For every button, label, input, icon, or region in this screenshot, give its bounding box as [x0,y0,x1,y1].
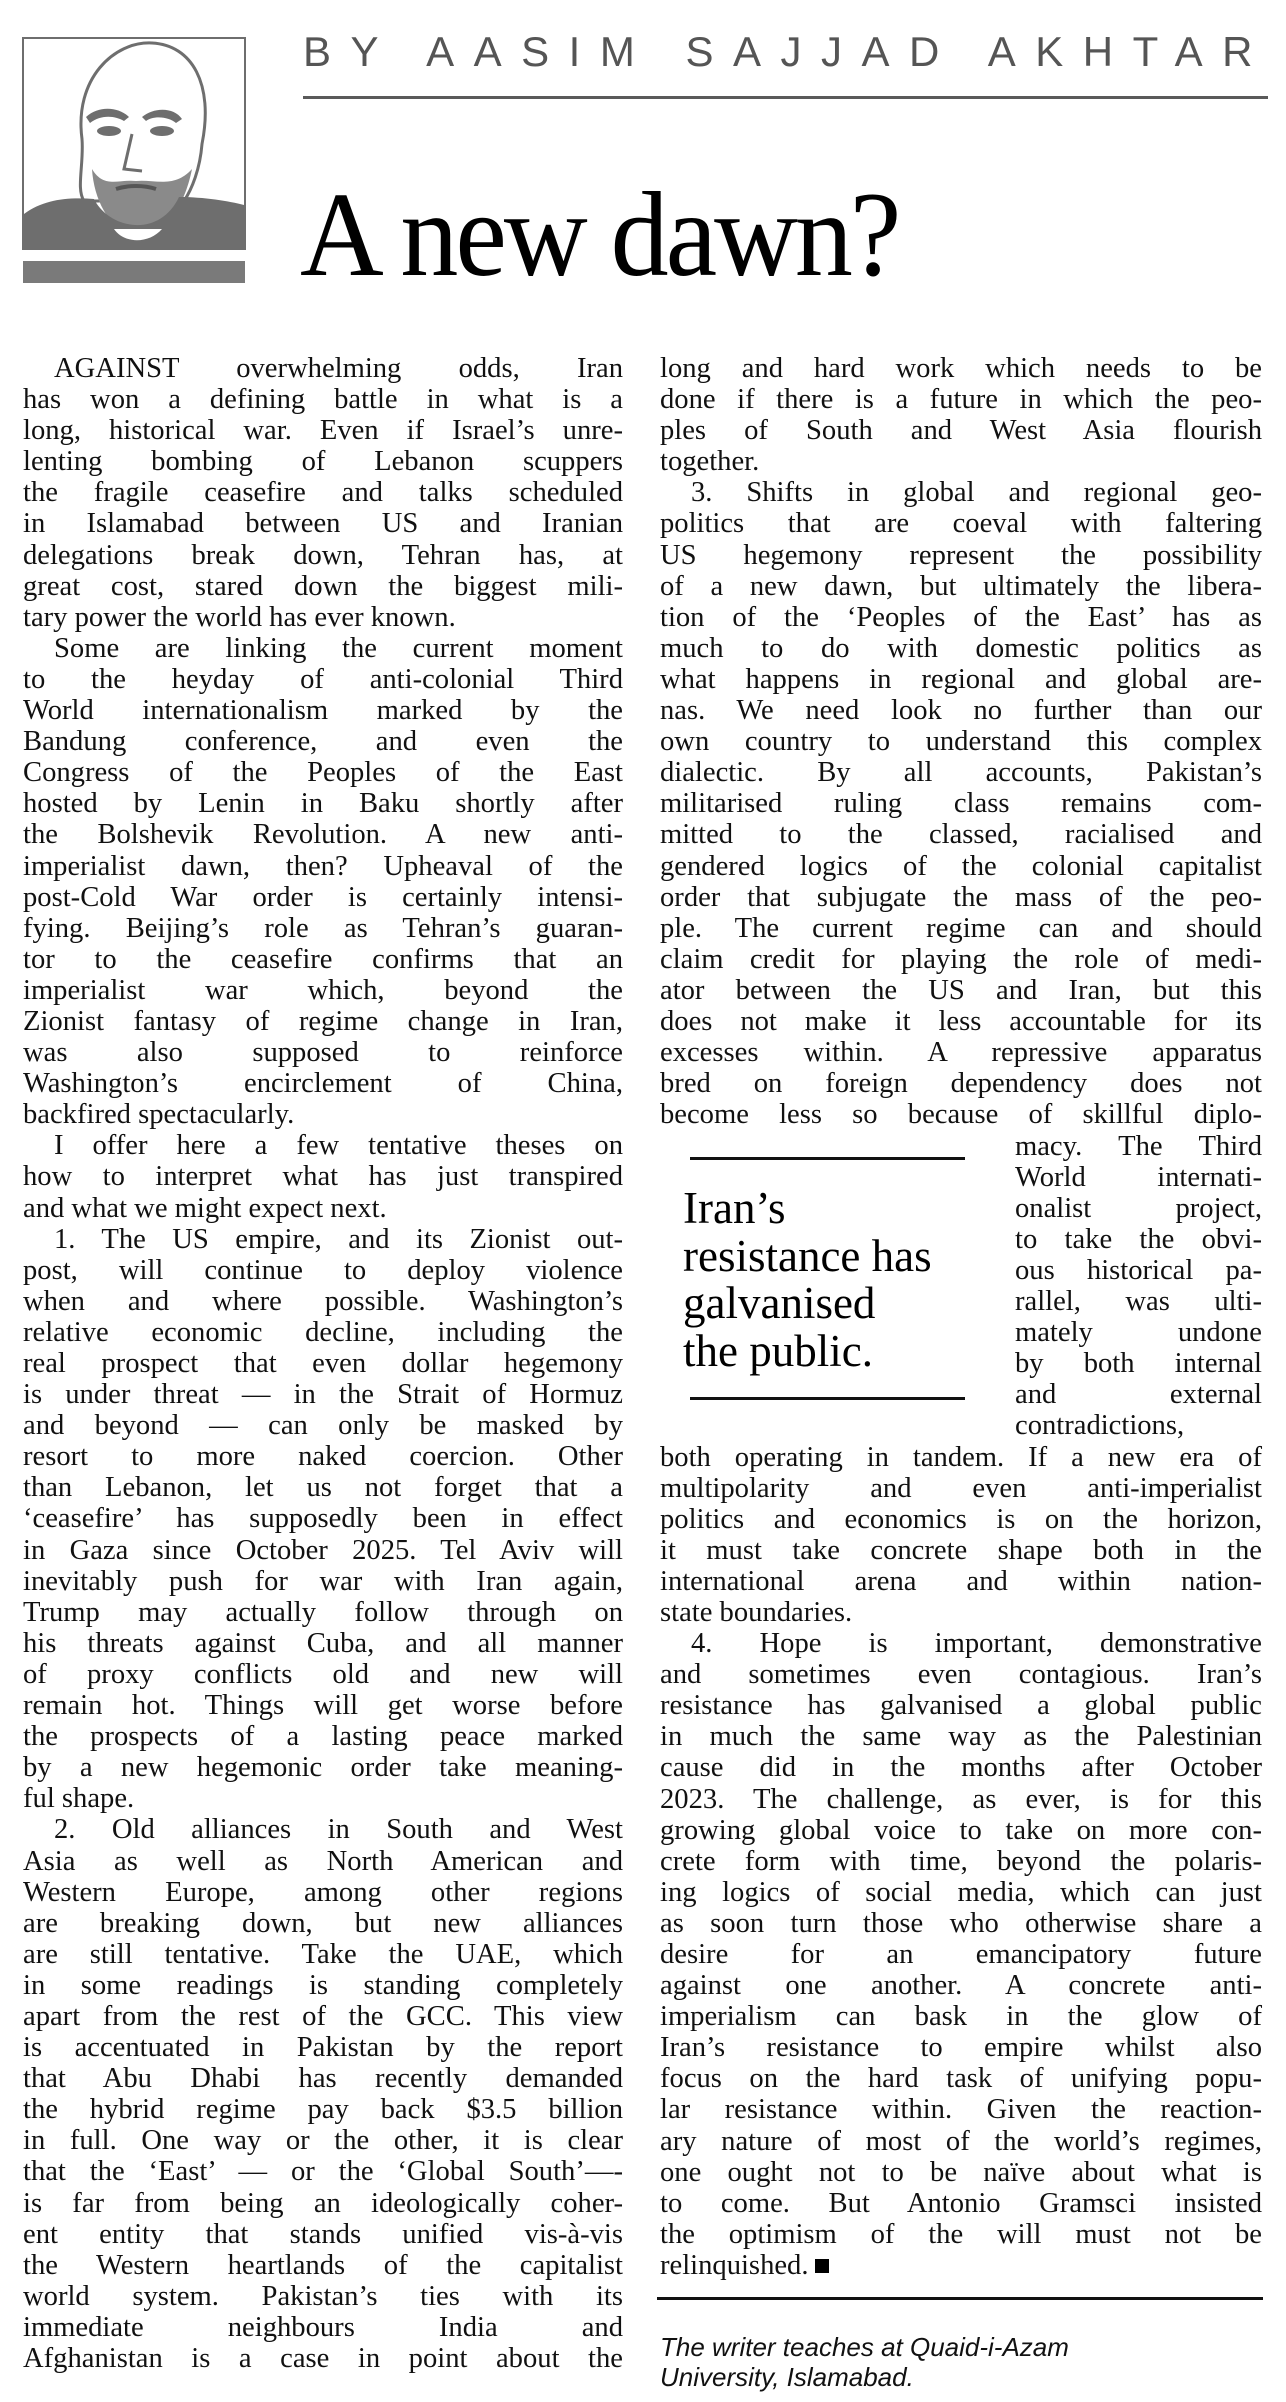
text-line: the prospects of a lasting peace marked [23,1721,623,1752]
text-line: ent entity that stands unified vis-à-vis [23,2219,623,2250]
text-line: done if there is a future in which the p… [660,384,1262,415]
text-line: long and hard work which needs to be [660,353,1262,384]
pull-quote-line: resistance has [683,1233,932,1281]
pull-quote-rule-top [690,1157,965,1160]
text-line: tary power the world has ever known. [23,602,623,633]
text-line: focus on the hard task of unifying popu- [660,2063,1262,2094]
footer-rule [657,2297,1263,2300]
author-note-line: University, Islamabad. [660,2362,1069,2392]
text-line: what happens in regional and global are- [660,664,1262,695]
text-line: Zionist fantasy of regime change in Iran… [23,1006,623,1037]
text-line: resort to more naked coercion. Other [23,1441,623,1472]
text-line: rallel, was ulti- [1015,1286,1262,1317]
text-line: in full. One way or the other, it is cle… [23,2125,623,2156]
text-line: lenting bombing of Lebanon scuppers [23,446,623,477]
text-line: desire for an emancipatory future [660,1939,1262,1970]
text-line: state boundaries. [660,1597,1262,1628]
byline: BY AASIM SAJJAD AKHTAR [303,28,1272,76]
text-line: 4. Hope is important, demonstrative [660,1628,1262,1659]
text-line: are breaking down, but new alliances [23,1908,623,1939]
pull-quote: Iran’s resistance has galvanised the pub… [683,1185,932,1375]
text-line: multipolarity and even anti-imperialist [660,1473,1262,1504]
text-line: relative economic decline, including the [23,1317,623,1348]
text-line: Asia as well as North American and [23,1846,623,1877]
text-line: of proxy conflicts old and new will [23,1659,623,1690]
text-line: one ought not to be naïve about what is [660,2157,1262,2188]
text-line: growing global voice to take on more con… [660,1815,1262,1846]
text-line: gendered logics of the colonial capitali… [660,851,1262,882]
text-line: politics that are coeval with faltering [660,508,1262,539]
author-photo [22,37,246,250]
text-line: macy. The Third [1015,1131,1262,1162]
headline: A new dawn? [300,168,898,303]
text-line: to take the obvi- [1015,1224,1262,1255]
text-line: 3. Shifts in global and regional geo- [660,477,1262,508]
text-line: to the heyday of anti-colonial Third [23,664,623,695]
text-line: Trump may actually follow through on [23,1597,623,1628]
text-line: in Gaza since October 2025. Tel Aviv wil… [23,1535,623,1566]
end-mark-icon [815,2259,829,2273]
article-column-left: AGAINST overwhelming odds, Iranhas won a… [23,353,623,2374]
text-line: hosted by Lenin in Baku shortly after [23,788,623,819]
text-line: against one another. A concrete anti- [660,1970,1262,2001]
text-line: excesses within. A repressive apparatus [660,1037,1262,1068]
text-line: world system. Pakistan’s ties with its [23,2281,623,2312]
text-line: ing logics of social media, which can ju… [660,1877,1262,1908]
text-line: in Islamabad between US and Iranian [23,508,623,539]
author-portrait-icon [24,39,244,248]
text-line: Bandung conference, and even the [23,726,623,757]
article-column-right-top: long and hard work which needs to bedone… [660,353,1262,1130]
pull-quote-line: the public. [683,1328,932,1376]
text-line: than Lebanon, let us not forget that a [23,1472,623,1503]
text-line: much to do with domestic politics as [660,633,1262,664]
text-line: mately undone [1015,1317,1262,1348]
text-line: bred on foreign dependency does not [660,1068,1262,1099]
text-line: real prospect that even dollar hegemony [23,1348,623,1379]
text-line: Iran’s resistance to empire whilst also [660,2032,1262,2063]
text-line: claim credit for playing the role of med… [660,944,1262,975]
text-line: tor to the ceasefire confirms that an [23,944,623,975]
text-line: cause did in the months after October [660,1752,1262,1783]
text-line: to come. But Antonio Gramsci insisted [660,2188,1262,2219]
text-line: own country to understand this complex [660,726,1262,757]
text-line: by a new hegemonic order take meaning- [23,1752,623,1783]
text-line: relinquished. [660,2250,1262,2281]
text-line: apart from the rest of the GCC. This vie… [23,2001,623,2032]
article-column-right-narrow: macy. The ThirdWorld internati-onalist p… [1015,1131,1262,1442]
text-line: in some readings is standing completely [23,1970,623,2001]
author-note: The writer teaches at Quaid-i-Azam Unive… [660,2332,1069,2392]
text-line: immediate neighbours India and [23,2312,623,2343]
text-line: post-Cold War order is certainly intensi… [23,882,623,913]
text-line: is accentuated in Pakistan by the report [23,2032,623,2063]
text-line: ‘ceasefire’ has supposedly been in effec… [23,1503,623,1534]
text-line: imperialist dawn, then? Upheaval of the [23,851,623,882]
text-line: contradictions, [1015,1410,1262,1441]
text-line: imperialism can bask in the glow of [660,2001,1262,2032]
text-line: and sometimes even contagious. Iran’s [660,1659,1262,1690]
text-line: is far from being an ideologically coher… [23,2188,623,2219]
text-line: ple. The current regime can and should [660,913,1262,944]
text-line: that the ‘East’ — or the ‘Global South’—… [23,2156,623,2187]
text-line: ples of South and West Asia flourish [660,415,1262,446]
text-line: the optimism of the will must not be [660,2219,1262,2250]
text-line: the Bolshevik Revolution. A new anti- [23,819,623,850]
text-line: the hybrid regime pay back $3.5 billion [23,2094,623,2125]
text-line: was also supposed to reinforce [23,1037,623,1068]
text-line: crete form with time, beyond the polaris… [660,1846,1262,1877]
text-line: 1. The US empire, and its Zionist out- [23,1224,623,1255]
text-line: together. [660,446,1262,477]
text-line: does not make it less accountable for it… [660,1006,1262,1037]
text-line: US hegemony represent the possibility [660,540,1262,571]
text-line: ous historical pa- [1015,1255,1262,1286]
text-line: in much the same way as the Palestinian [660,1721,1262,1752]
text-line: remain hot. Things will get worse before [23,1690,623,1721]
text-line: his threats against Cuba, and all manner [23,1628,623,1659]
text-line: the Western heartlands of the capitalist [23,2250,623,2281]
text-line: is under threat — in the Strait of Hormu… [23,1379,623,1410]
article-column-right-bottom: both operating in tandem. If a new era o… [660,1442,1262,2282]
text-line: Afghanistan is a case in point about the [23,2343,623,2374]
text-line: fying. Beijing’s role as Tehran’s guaran… [23,913,623,944]
text-line: World internationalism marked by the [23,695,623,726]
text-line: Congress of the Peoples of the East [23,757,623,788]
text-line: politics and economics is on the horizon… [660,1504,1262,1535]
text-line: as soon turn those who otherwise share a [660,1908,1262,1939]
text-line: ary nature of most of the world’s regime… [660,2126,1262,2157]
text-line: resistance has galvanised a global publi… [660,1690,1262,1721]
text-line: inevitably push for war with Iran again, [23,1566,623,1597]
text-line: and external [1015,1379,1262,1410]
text-line: I offer here a few tentative theses on [23,1130,623,1161]
text-line: World internati- [1015,1162,1262,1193]
text-line: dialectic. By all accounts, Pakistan’s [660,757,1262,788]
author-photo-bar [23,261,245,283]
text-line: order that subjugate the mass of the peo… [660,882,1262,913]
text-line: and what we might expect next. [23,1193,623,1224]
author-note-line: The writer teaches at Quaid-i-Azam [660,2332,1069,2362]
text-line: by both internal [1015,1348,1262,1379]
text-line: imperialist war which, beyond the [23,975,623,1006]
text-line: and beyond — can only be masked by [23,1410,623,1441]
pull-quote-rule-bottom [690,1397,965,1400]
text-line: when and where possible. Washington’s [23,1286,623,1317]
text-line: the fragile ceasefire and talks schedule… [23,477,623,508]
text-line: Washington’s encirclement of China, [23,1068,623,1099]
text-line: become less so because of skillful diplo… [660,1099,1262,1130]
text-line: Western Europe, among other regions [23,1877,623,1908]
text-line: backfired spectacularly. [23,1099,623,1130]
byline-rule [303,96,1268,99]
text-line: 2. Old alliances in South and West [23,1814,623,1845]
text-line: long, historical war. Even if Israel’s u… [23,415,623,446]
text-line: delegations break down, Tehran has, at [23,540,623,571]
text-line: how to interpret what has just transpire… [23,1161,623,1192]
text-line: that Abu Dhabi has recently demanded [23,2063,623,2094]
text-line: tion of the ‘Peoples of the East’ has as [660,602,1262,633]
text-line: nas. We need look no further than our [660,695,1262,726]
text-line: great cost, stared down the biggest mili… [23,571,623,602]
text-line: AGAINST overwhelming odds, Iran [23,353,623,384]
text-line: lar resistance within. Given the reactio… [660,2094,1262,2125]
text-line: onalist project, [1015,1193,1262,1224]
text-line: of a new dawn, but ultimately the libera… [660,571,1262,602]
text-line: militarised ruling class remains com- [660,788,1262,819]
text-line: mitted to the classed, racialised and [660,819,1262,850]
text-line: both operating in tandem. If a new era o… [660,1442,1262,1473]
text-line: Some are linking the current moment [23,633,623,664]
text-line: ful shape. [23,1783,623,1814]
text-line: post, will continue to deploy violence [23,1255,623,1286]
pull-quote-line: galvanised [683,1280,932,1328]
text-line: are still tentative. Take the UAE, which [23,1939,623,1970]
text-line: international arena and within nation- [660,1566,1262,1597]
text-line: 2023. The challenge, as ever, is for thi… [660,1784,1262,1815]
text-line: ator between the US and Iran, but this [660,975,1262,1006]
text-line: has won a defining battle in what is a [23,384,623,415]
pull-quote-line: Iran’s [683,1185,932,1233]
text-line: it must take concrete shape both in the [660,1535,1262,1566]
